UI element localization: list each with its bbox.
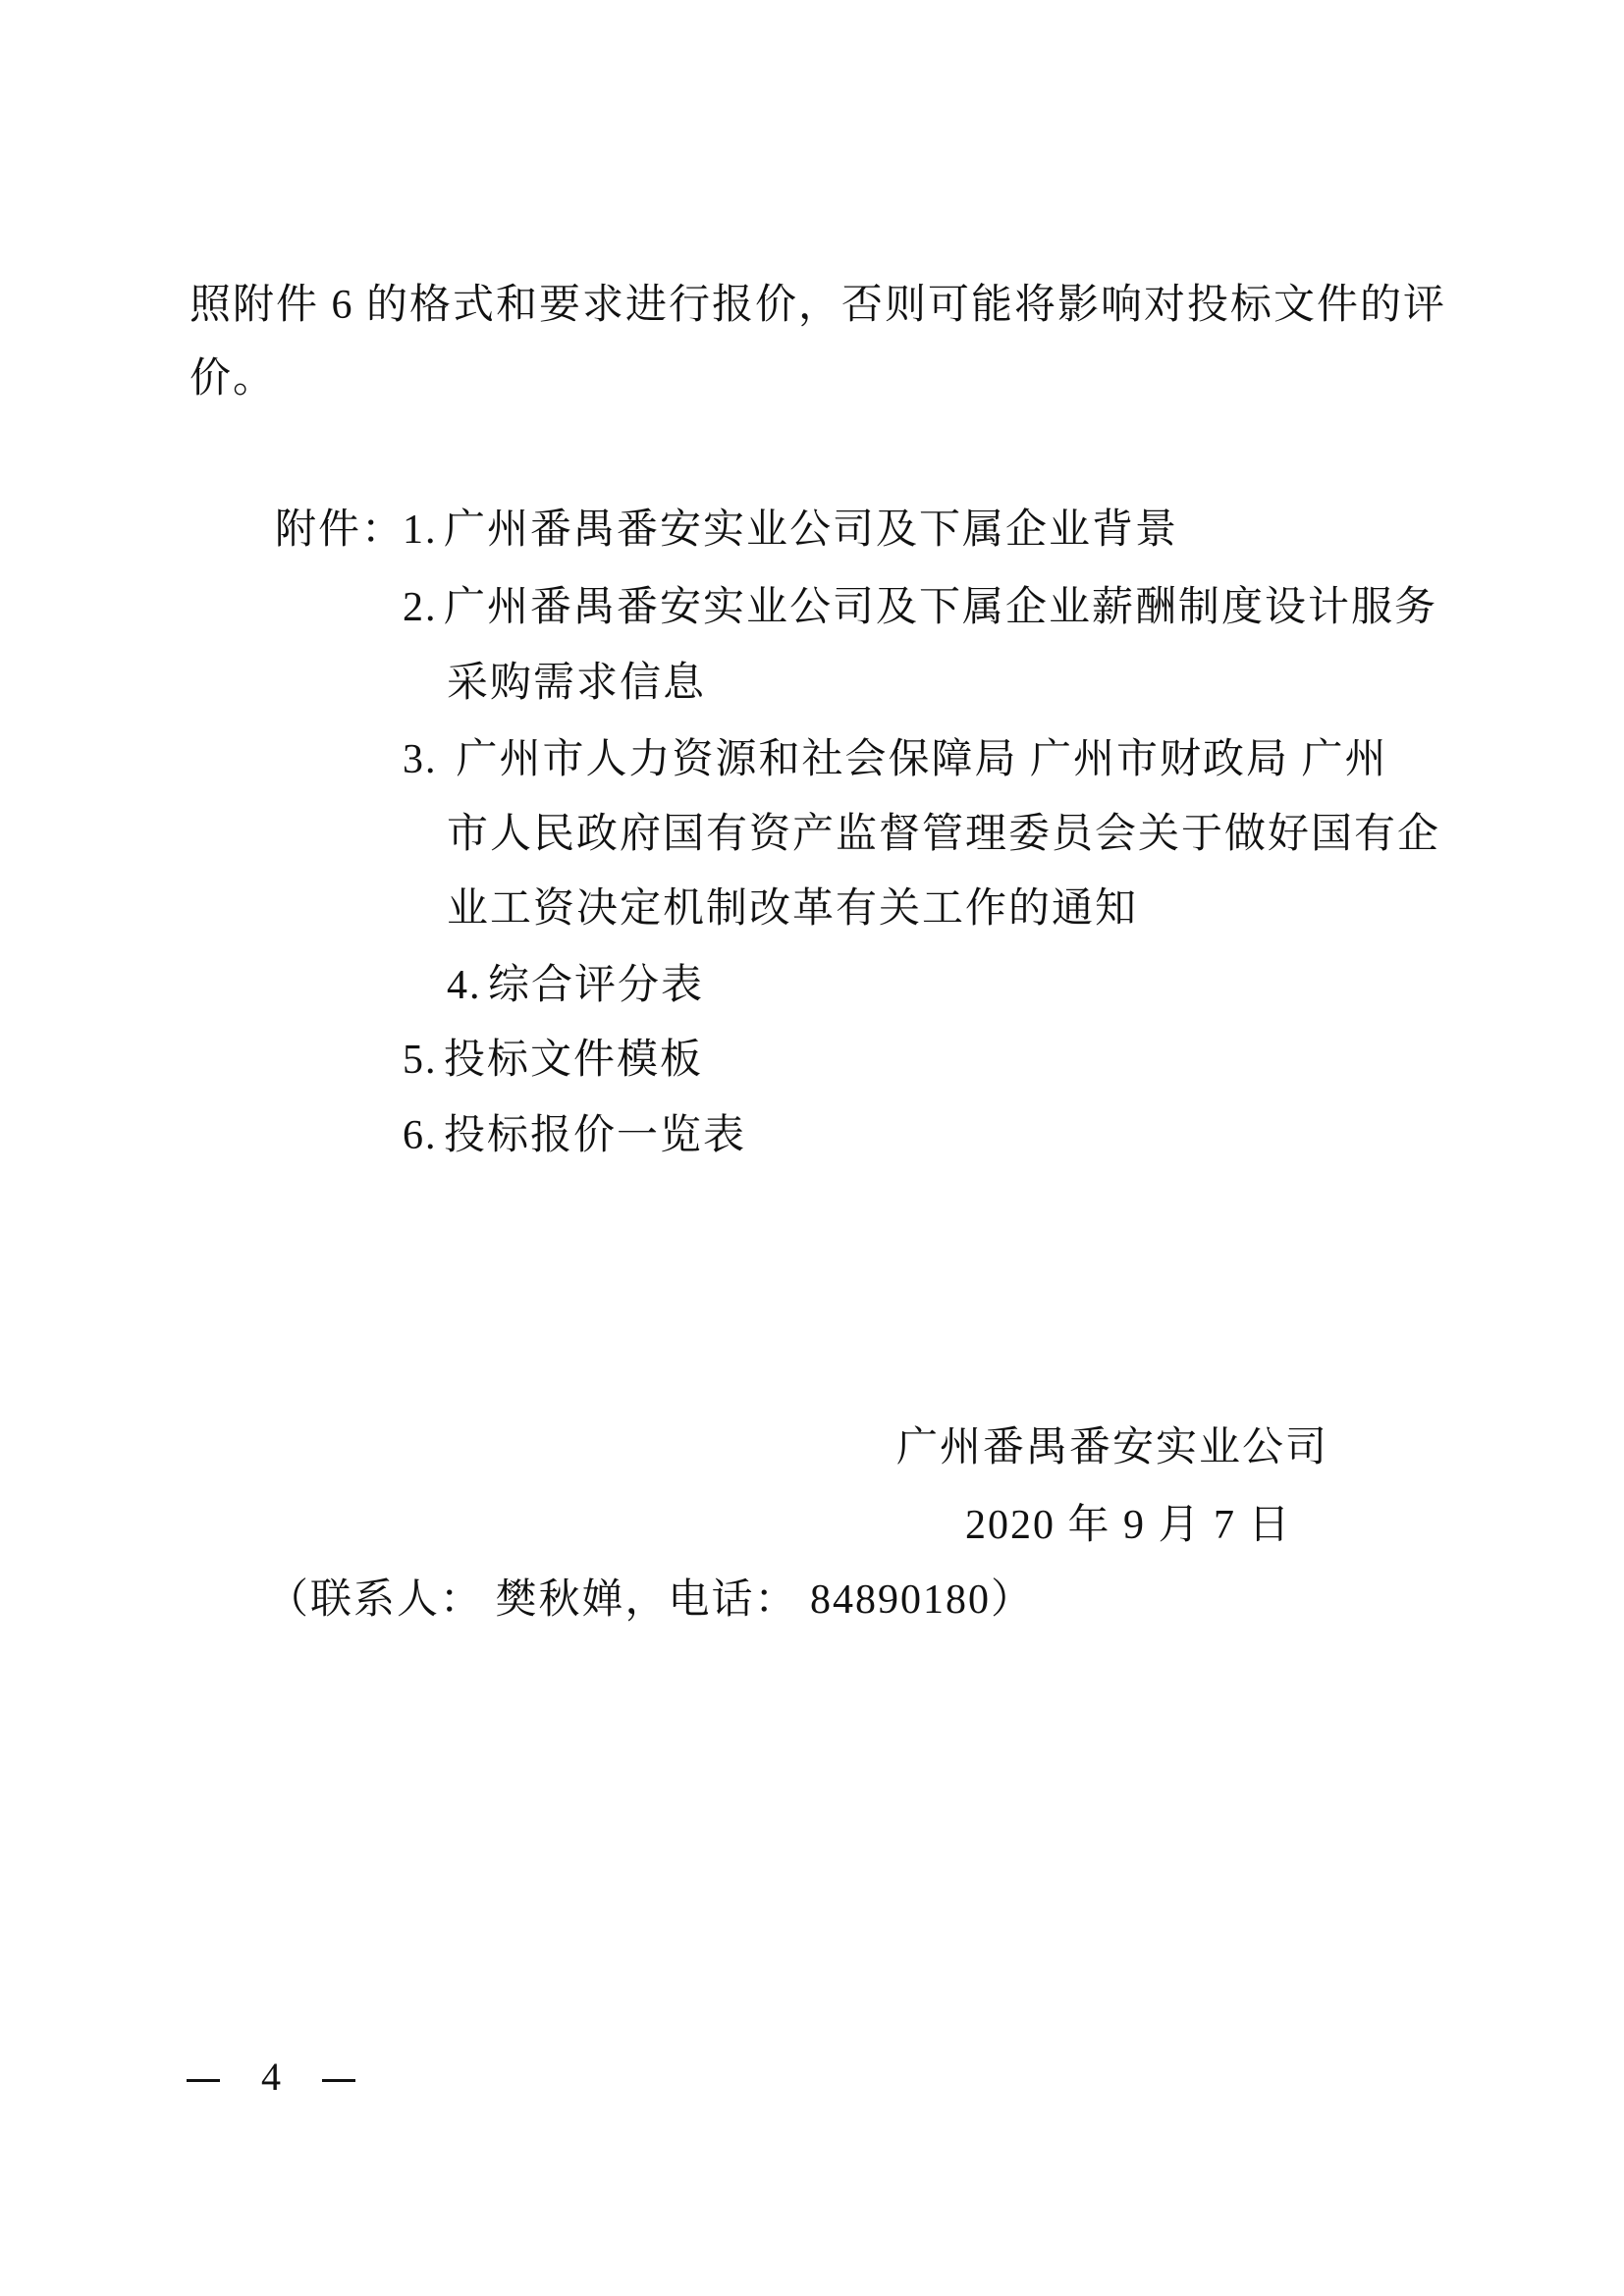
attachment-number: 6.	[403, 1112, 438, 1159]
attachment-number: 5.	[403, 1037, 438, 1084]
signature-date: 2020 年 9 月 7 日	[965, 1502, 1292, 1549]
signature-organization: 广州番禺番安实业公司	[896, 1424, 1328, 1471]
page-number-footer: 4	[187, 2054, 355, 2101]
attachment-item: 投标报价一览表	[444, 1112, 746, 1159]
attachment-number: 4.	[447, 962, 482, 1009]
dash-left	[187, 2079, 220, 2082]
attachment-item: 广州番禺番安实业公司及下属企业背景	[444, 507, 1178, 554]
attachment-item-continued: 采购需求信息	[447, 660, 706, 707]
attachment-item: 投标文件模板	[444, 1037, 703, 1084]
attachment-number: 1.	[403, 507, 438, 554]
page-number: 4	[230, 2054, 312, 2101]
attachment-item: 综合评分表	[488, 962, 704, 1009]
attachment-number: 2.	[403, 584, 438, 631]
attachment-item-continued: 业工资决定机制改革有关工作的通知	[447, 885, 1138, 933]
attachment-item-continued: 市人民政府国有资产监督管理委员会关于做好国有企	[447, 811, 1440, 858]
attachment-number: 3.	[403, 736, 438, 783]
contact-info: （联系人： 樊秋婵，电话： 84890180）	[267, 1576, 1034, 1624]
attachment-item: 广州番禺番安实业公司及下属企业薪酬制度设计服务	[444, 584, 1437, 631]
body-text-line: 价。	[189, 355, 276, 402]
attachment-item: 广州市人力资源和社会保障局 广州市财政局 广州	[444, 736, 1388, 783]
body-text-line: 照附件 6 的格式和要求进行报价，否则可能将影响对投标文件的评	[189, 282, 1446, 329]
dash-right	[322, 2079, 355, 2082]
attachments-label: 附件：	[275, 507, 405, 554]
